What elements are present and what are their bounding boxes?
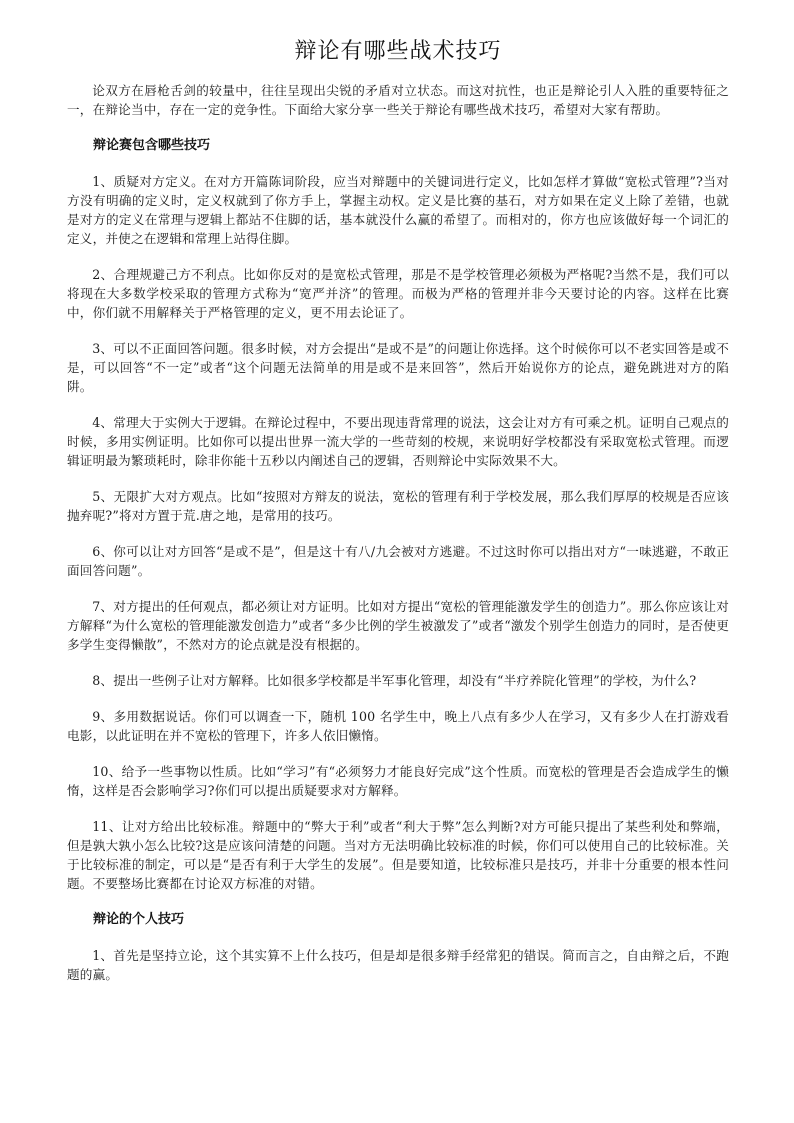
skill-paragraph-8: 8、提出一些例子让对方解释。比如很多学校都是半军事化管理，却没有“半疗养院化管理… [67, 671, 729, 690]
document-page: 辩论有哪些战术技巧 论双方在唇枪舌剑的较量中，往往呈现出尖锐的矛盾对立状态。而这… [67, 30, 729, 1001]
skill-paragraph-10: 10、给予一些事物以性质。比如“学习”有“必须努力才能良好完成”这个性质。而宽松… [67, 762, 729, 800]
skill-paragraph-7: 7、对方提出的任何观点，都必须让对方证明。比如对方提出“宽松的管理能激发学生的创… [67, 597, 729, 654]
skill-paragraph-1: 1、质疑对方定义。在对方开篇陈词阶段，应当对辩题中的关键词进行定义，比如怎样才算… [67, 172, 729, 248]
skill-paragraph-3: 3、可以不正面回答问题。很多时候，对方会提出“是或不是”的问题让你选择。这个时候… [67, 339, 729, 396]
document-title: 辩论有哪些战术技巧 [67, 34, 729, 65]
skill-paragraph-11: 11、让对方给出比较标准。辩题中的“弊大于利”或者“利大于弊”怎么判断?对方可能… [67, 817, 729, 893]
personal-paragraph-1: 1、首先是坚持立论，这个其实算不上什么技巧，但是却是很多辩手经常犯的错误。简而言… [67, 946, 729, 984]
intro-paragraph: 论双方在唇枪舌剑的较量中，往往呈现出尖锐的矛盾对立状态。而这对抗性，也正是辩论引… [67, 81, 729, 119]
section-debate-skills: 辩论赛包含哪些技巧 1、质疑对方定义。在对方开篇陈词阶段，应当对辩题中的关键词进… [67, 136, 729, 893]
skill-paragraph-6: 6、你可以让对方回答“是或不是”，但是这十有八/九会被对方逃避。不过这时你可以指… [67, 542, 729, 580]
skill-paragraph-9: 9、多用数据说话。你们可以调查一下，随机 100 名学生中，晚上八点有多少人在学… [67, 707, 729, 745]
skill-paragraph-2: 2、合理规避己方不利点。比如你反对的是宽松式管理，那是不是学校管理必须极为严格呢… [67, 265, 729, 322]
skill-paragraph-5: 5、无限扩大对方观点。比如“按照对方辩友的说法，宽松的管理有利于学校发展，那么我… [67, 487, 729, 525]
section-heading: 辩论的个人技巧 [67, 910, 729, 929]
skill-paragraph-4: 4、常理大于实例大于逻辑。在辩论过程中，不要出现违背常理的说法，这会让对方有可乘… [67, 413, 729, 470]
section-heading: 辩论赛包含哪些技巧 [67, 136, 729, 155]
section-personal-skills: 辩论的个人技巧 1、首先是坚持立论，这个其实算不上什么技巧，但是却是很多辩手经常… [67, 910, 729, 984]
